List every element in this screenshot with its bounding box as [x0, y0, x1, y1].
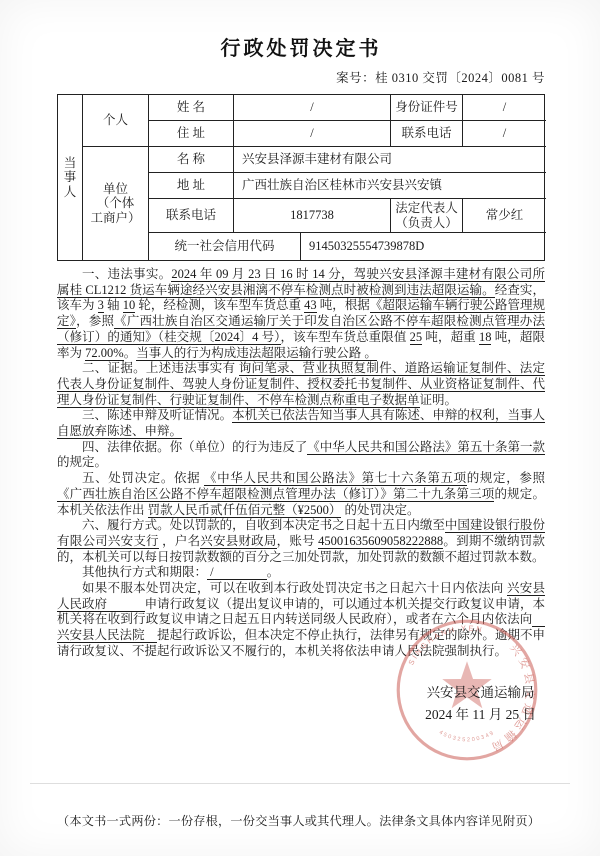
page-title: 行政处罚决定书: [57, 0, 545, 61]
filled-blank-text: 10: [123, 298, 136, 313]
case-number: 案号：桂 0310 交罚〔2024〕0081 号: [57, 68, 545, 86]
static-text: 五、处罚决定。依据: [82, 471, 204, 485]
static-text: 如果不服本处罚决定，可以在收到本行政处罚决定书之日起六十日内依法向: [82, 581, 507, 595]
person-id-value: /: [463, 95, 546, 121]
body-paragraph: 一、违法事实。2024 年 09 月 23 日 16 时 14 分，驾驶兴安县泽…: [57, 267, 545, 361]
static-text: 吨，超重: [422, 330, 479, 344]
static-text: 四、法律依据。你（单位）的行为违反了: [82, 440, 307, 454]
static-text: 六、履行方式。处以罚款的，自收到本决定书之日起十五日内缴至: [82, 518, 445, 532]
filled-blank-text: /: [207, 565, 267, 580]
filled-blank-text: 《中华人民共和国公路法》第五十条第一款: [307, 440, 545, 455]
person-id-label: 身份证件号: [391, 95, 463, 121]
person-phone-label: 联系电话: [391, 121, 463, 147]
filled-blank-text: 《广西壮族自治区公路不停车超限检测点管理办法（修订）》第二十九条第三项: [57, 487, 494, 502]
static-text: 的规定，参照: [467, 471, 545, 485]
body-paragraphs: 一、违法事实。2024 年 09 月 23 日 16 时 14 分，驾驶兴安县泽…: [57, 267, 545, 660]
person-group-label: 个人: [83, 95, 149, 147]
seal-code-arc: 450325200349: [438, 730, 496, 744]
company-phone-label: 联系电话: [149, 199, 234, 233]
static-text: 。: [124, 346, 137, 360]
body-paragraph: 五、处罚决定。依据 《中华人民共和国公路法》第七十六条第五项的规定，参照 《广西…: [57, 471, 545, 518]
filled-blank-text: 25: [410, 330, 423, 345]
filled-blank-text: 《中华人民共和国公路法》第七十六条第五项: [204, 471, 467, 486]
filled-blank-text: 72.00%: [85, 346, 124, 361]
footer-note: （本文书一式两份：一份存根，一份交当事人或其代理人。法律条文具体内容详见附页）: [57, 812, 548, 829]
static-text: 。: [267, 565, 280, 579]
company-credit-value: 91450325554739878D: [301, 233, 546, 260]
static-text: 其他执行方式和期限：: [82, 565, 207, 579]
company-rep-value: 常少红: [463, 199, 546, 233]
svg-text:450325200349: 450325200349: [438, 730, 496, 744]
company-phone-value: 1817738: [234, 199, 391, 233]
company-addr-label: 地 址: [149, 173, 234, 199]
person-addr-label: 住 址: [149, 121, 234, 147]
company-group-label: 单位 （个体 工商户）: [83, 147, 149, 260]
static-text: ，该车型车货总重限值: [281, 330, 410, 344]
filled-blank-text: 当事人的行为构成违法超限运输行驶公路 。: [136, 346, 377, 361]
footer-divider: [30, 783, 570, 784]
company-addr-value: 广西壮族自治区桂林市兴安县兴安镇: [234, 173, 546, 199]
signature-block: 兴安县交通运输局 2024 年 11 月 25 日: [425, 682, 536, 726]
static-text: 的规定。: [57, 455, 107, 469]
company-rep-label: 法定代表人 （负责人）: [391, 199, 463, 233]
svg-text:SINGHANH YEN: SINGHANH YEN: [406, 623, 484, 666]
static-text: 证明。: [420, 393, 458, 407]
company-name-label: 名 称: [149, 147, 234, 173]
body-paragraph: 四、法律依据。你（单位）的行为违反了《中华人民共和国公路法》第五十条第一款的规定…: [57, 440, 545, 471]
party-side-label: 当 事 人: [58, 95, 83, 260]
document-page: 行政处罚决定书 案号：桂 0310 交罚〔2024〕0081 号 当 事 人 个…: [0, 0, 600, 856]
person-addr-value: /: [234, 121, 391, 147]
static-text: ，参照: [76, 314, 114, 328]
static-text: 的处罚决定。: [341, 503, 419, 517]
body-paragraph: 二、证据。上述违法事实有 询问笔录、营业执照复制件、道路运输证复制件、法定代表人…: [57, 361, 545, 408]
static-text: 二、证据。上述违法事实有: [82, 361, 239, 375]
static-text: 轴: [104, 298, 123, 312]
filled-blank-text: 18: [479, 330, 492, 345]
static-text: 轮，经检测，该车型车货总重: [135, 298, 304, 312]
company-credit-label: 统一社会信用代码: [149, 233, 301, 260]
filled-blank-text: 兴安县财政局: [200, 534, 276, 549]
person-name-label: 姓 名: [149, 95, 234, 121]
seal-latin-arc: SINGHANH YEN: [406, 623, 484, 666]
company-name-value: 兴安县泽源丰建材有限公司: [234, 147, 546, 173]
person-phone-value: /: [463, 121, 546, 147]
party-table: 当 事 人 个人 姓 名 / 身份证件号 / 住 址 / 联系电话 / 单位 （…: [57, 94, 545, 261]
static-text: 一、违法事实。: [82, 267, 171, 281]
person-name-value: /: [234, 95, 391, 121]
filled-blank-text: 45001635609058222888: [318, 534, 443, 549]
body-paragraph: 六、履行方式。处以罚款的，自收到本决定书之日起十五日内缴至中国建设银行股份有限公…: [57, 518, 545, 565]
static-text: 三、陈述申辩及听证情况。: [82, 408, 232, 422]
filled-blank-text: 罚款人民币贰仟伍佰元整（¥2500）: [148, 503, 342, 518]
body-paragraph: 其他执行方式和期限： / 。: [57, 565, 545, 581]
filled-blank-text: 43: [304, 298, 317, 313]
signature-org: 兴安县交通运输局: [425, 682, 536, 704]
static-text: ，账号: [277, 534, 319, 548]
body-paragraph: 三、陈述申辩及听证情况。本机关已依法告知当事人具有陈述、申辩的权利，当事人自愿放…: [57, 408, 545, 439]
static-text: ，户名: [159, 534, 201, 548]
signature-date: 2024 年 11 月 25 日: [425, 704, 536, 726]
static-text: 吨，根据: [317, 298, 370, 312]
